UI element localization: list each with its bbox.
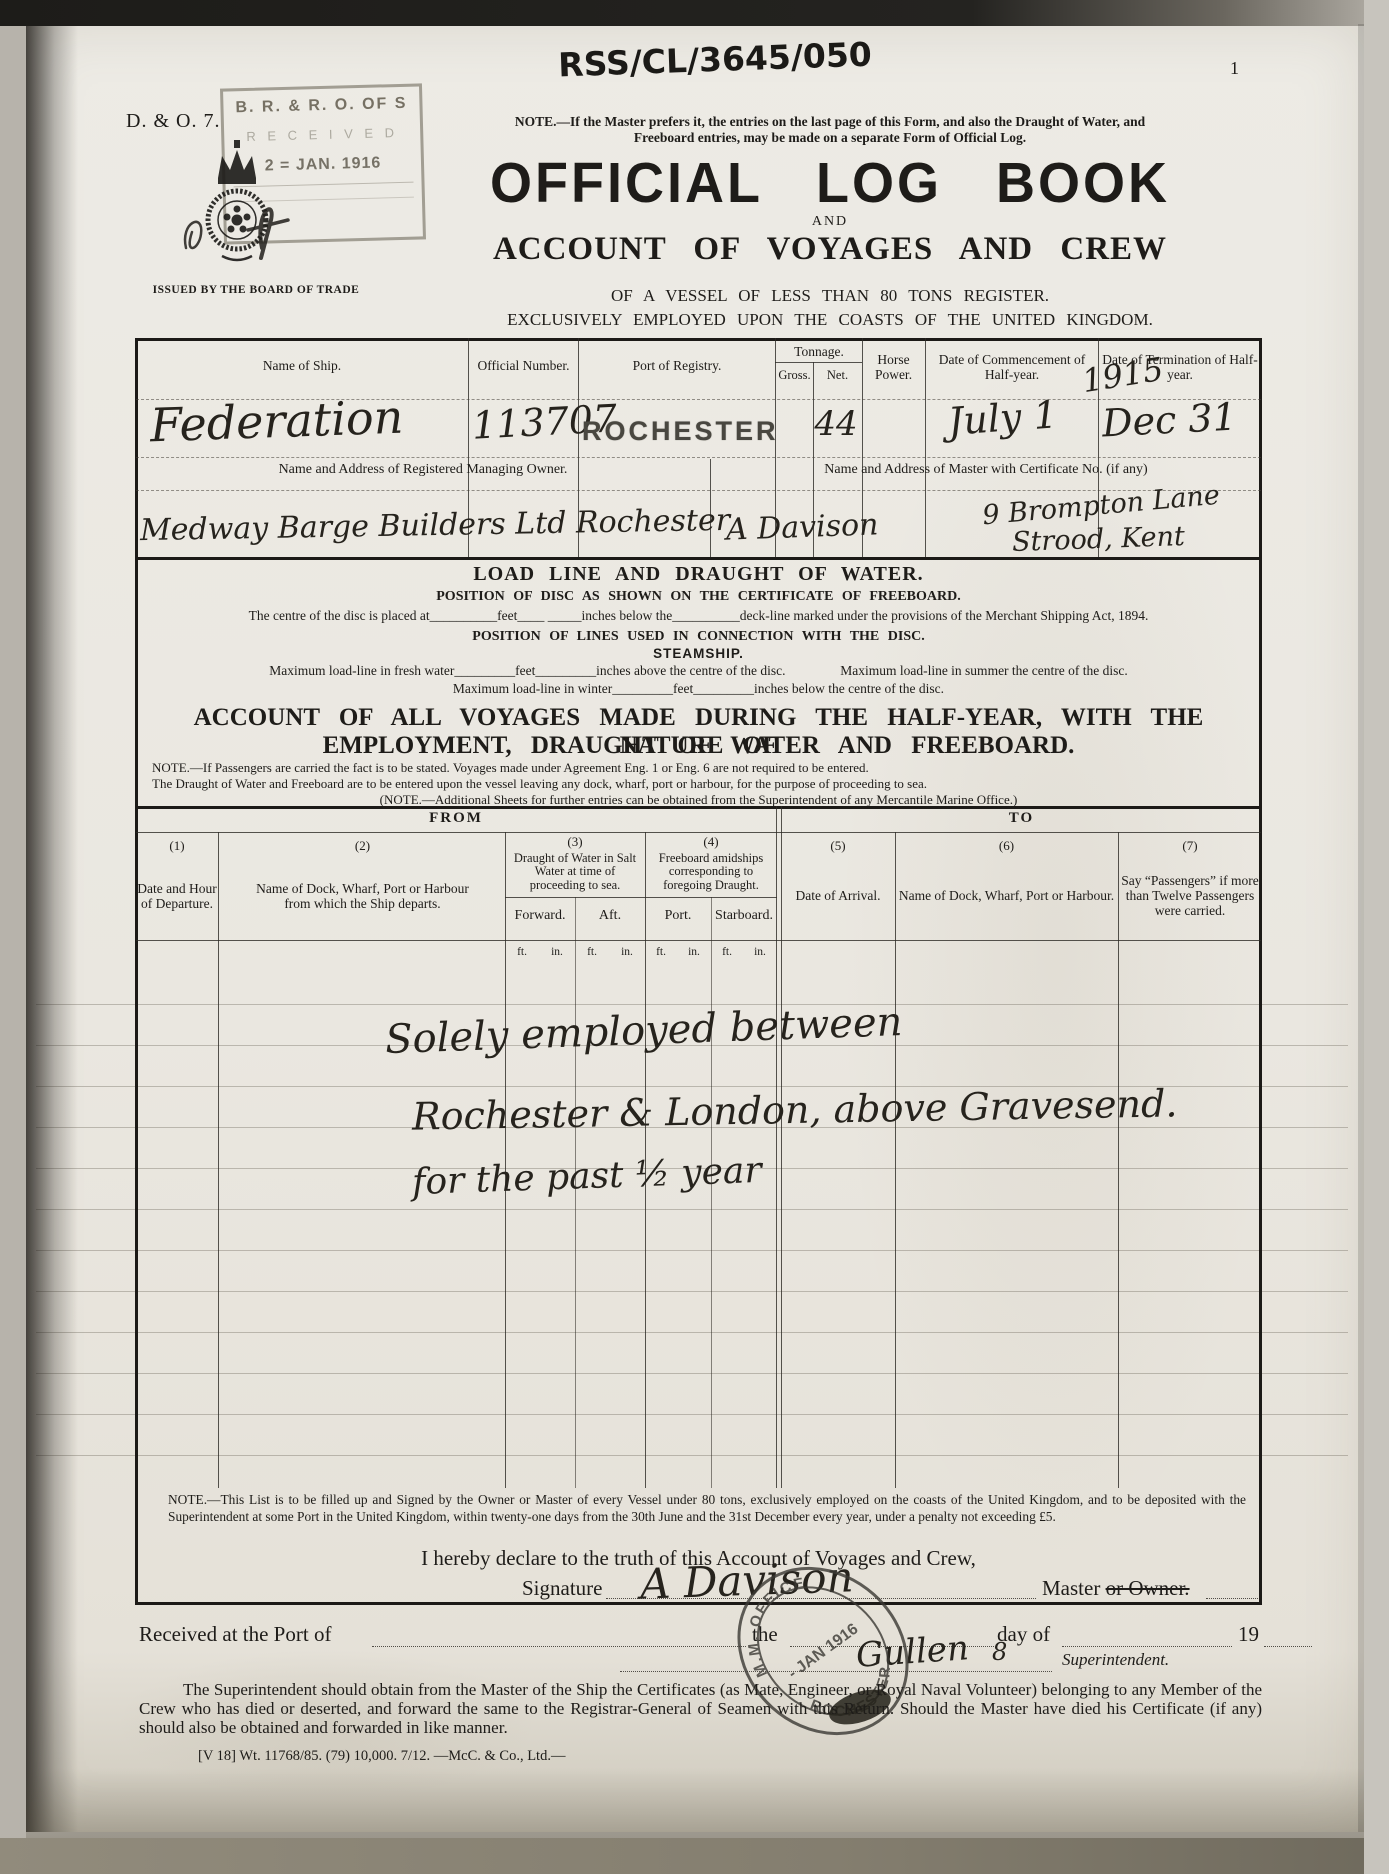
received-line4 [1264, 1646, 1312, 1647]
tonnage-divider [775, 362, 862, 363]
section-divider [136, 557, 1261, 560]
column-line [895, 832, 896, 1488]
port-of-registry-stamp: ROCHESTER [582, 416, 779, 447]
col4-header: (4) Freeboard amidships corresponding to… [647, 835, 775, 895]
top-note-line1: NOTE.—If the Master prefers it, the entr… [390, 113, 1270, 130]
scan-bottom-edge [0, 1838, 1389, 1874]
subhead-line [505, 897, 777, 898]
received-line1 [372, 1646, 746, 1647]
row-line [136, 457, 1261, 458]
page-number: 1 [1230, 58, 1239, 79]
col2-number: (2) [224, 838, 501, 853]
header-tonnage: Tonnage. [776, 344, 862, 359]
col4-label: Freeboard amidships corresponding to for… [647, 852, 775, 893]
loadline-title: LOAD LINE AND DRAUGHT OF WATER. [135, 563, 1262, 586]
printer-imprint: [V 18] Wt. 11768/85. (79) 10,000. 7/12. … [198, 1748, 565, 1765]
issued-by-caption: ISSUED BY THE BOARD OF TRADE [138, 284, 374, 296]
unit-ft: ft. [722, 946, 732, 958]
loadline-position-lines: POSITION OF LINES USED IN CONNECTION WIT… [135, 629, 1262, 645]
header-name-of-ship: Name of Ship. [137, 358, 467, 373]
col3b-label: Aft. [575, 908, 645, 924]
col2-label: Name of Dock, Wharf, Port or Harbour fro… [224, 881, 501, 911]
page-subtitle: ACCOUNT OF VOYAGES AND CREW [390, 231, 1270, 268]
col3a-label: Forward. [505, 908, 575, 924]
col3-number: (3) [507, 835, 643, 849]
page-bottom-curl [26, 1768, 1364, 1838]
book-spine-shadow [26, 24, 78, 1832]
top-note-line2: Freeboard entries, may be made on a sepa… [390, 130, 1270, 146]
unit-ft: ft. [587, 946, 597, 958]
col6-number: (6) [897, 838, 1116, 853]
stamp-center-date: - JAN 1916 [785, 1620, 861, 1682]
unit-ft: ft. [517, 946, 527, 958]
col5-number: (5) [783, 838, 893, 853]
scan-backing [1364, 0, 1389, 1874]
group-row-line [136, 832, 1261, 833]
value-termination: Dec 31 [1101, 395, 1238, 446]
table-top-border [136, 806, 1261, 809]
col5-header: (5) Date of Arrival. [783, 838, 893, 938]
head-bottom-line [136, 940, 1261, 941]
col1-number: (1) [137, 838, 217, 853]
loadline-position-disc: POSITION OF DISC AS SHOWN ON THE CERTIFI… [135, 589, 1262, 605]
signature-label: Signature [522, 1576, 602, 1601]
loadline-fresh: Maximum load-line in fresh water________… [269, 663, 785, 678]
unit-in: in. [621, 946, 633, 958]
col6-header: (6) Name of Dock, Wharf, Port or Harbour… [897, 838, 1116, 938]
col3-label: Draught of Water in Salt Water at time o… [507, 852, 643, 893]
loadline-steamship: STEAMSHIP. [135, 646, 1262, 661]
col6-label: Name of Dock, Wharf, Port or Harbour. [897, 888, 1116, 903]
master-label: Master [1042, 1576, 1100, 1600]
group-to: TO [781, 810, 1262, 827]
header-managing-owner: Name and Address of Registered Managing … [137, 462, 709, 477]
header-port-of-registry: Port of Registry. [580, 358, 774, 373]
received-line3 [1062, 1646, 1232, 1647]
value-master: A Davison [725, 507, 879, 547]
col1-label: Date and Hour of Departure. [137, 881, 217, 911]
column-line [925, 338, 926, 557]
group-from: FROM [135, 810, 777, 827]
unit-ft: ft. [656, 946, 666, 958]
col2-header: (2) Name of Dock, Wharf, Port or Harbour… [224, 838, 501, 938]
coast-line: EXCLUSIVELY EMPLOYED UPON THE COASTS OF … [390, 310, 1270, 330]
pen-scribble [176, 192, 306, 264]
account-heading-line2: EMPLOYMENT, DRAUGHT OF WATER AND FREEBOA… [135, 732, 1262, 760]
header-horse-power: Horse Power. [863, 352, 924, 382]
superintendent-sig-number: 8 [992, 1638, 1007, 1666]
master-line [1206, 1598, 1258, 1599]
col7-header: (7) Say “Passengers” if more than Twelve… [1120, 838, 1260, 938]
unit-in: in. [551, 946, 563, 958]
unit-in: in. [688, 946, 700, 958]
col4-number: (4) [647, 835, 775, 849]
deposit-note: NOTE.—This List is to be filled up and S… [168, 1492, 1246, 1525]
col1-header: (1) Date and Hour of Departure. [137, 838, 217, 938]
value-commencement: July 1 [947, 392, 1059, 444]
header-commencement: Date of Commencement of Half-year. [927, 352, 1097, 382]
scanned-document-page: RSS/CL/3645/050 1 D. & O. 7. B. R. & R. … [0, 0, 1389, 1874]
column-line [1118, 832, 1119, 1488]
superintendent-label: Superintendent. [1062, 1650, 1169, 1670]
title-and: AND [390, 214, 1270, 230]
header-net: Net. [814, 368, 861, 383]
loadline-centre: The centre of the disc is placed at_____… [140, 608, 1257, 624]
col7-label: Say “Passengers” if more than Twelve Pas… [1120, 873, 1260, 918]
column-line [218, 832, 219, 1488]
received-prefix: Received at the Port of [139, 1622, 331, 1647]
col7-number: (7) [1120, 838, 1260, 853]
col5-label: Date of Arrival. [783, 888, 893, 903]
from-to-divider [781, 806, 782, 1488]
header-official-number: Official Number. [470, 358, 577, 373]
unit-in: in. [754, 946, 766, 958]
or-owner-struck: or Owner. [1106, 1576, 1190, 1600]
loadline-summer: Maximum load-line in summer the centre o… [840, 663, 1128, 678]
form-code: D. & O. 7. [126, 110, 220, 133]
value-name-of-ship: Federation [149, 390, 404, 453]
account-note1: NOTE.—If Passengers are carried the fact… [152, 760, 1252, 776]
value-tonnage: 44 [808, 404, 864, 444]
col4b-label: Starboard. [711, 908, 777, 924]
superintendent-note: The Superintendent should obtain from th… [139, 1680, 1262, 1737]
loadline-winter: Maximum load-line in winter_________feet… [135, 681, 1262, 697]
col4a-label: Port. [645, 908, 711, 924]
header-master: Name and Address of Master with Certific… [712, 462, 1260, 477]
received-year: 19 [1238, 1622, 1259, 1647]
account-note2: The Draught of Water and Freeboard are t… [152, 776, 1252, 792]
col3-header: (3) Draught of Water in Salt Water at ti… [507, 835, 643, 895]
scan-top-edge [0, 0, 1389, 26]
vessel-line: OF A VESSEL OF LESS THAN 80 TONS REGISTE… [390, 286, 1270, 306]
value-master-address2: Strood, Kent [1012, 521, 1186, 558]
header-gross: Gross. [776, 368, 813, 383]
page-title: OFFICIAL LOG BOOK [390, 151, 1270, 215]
